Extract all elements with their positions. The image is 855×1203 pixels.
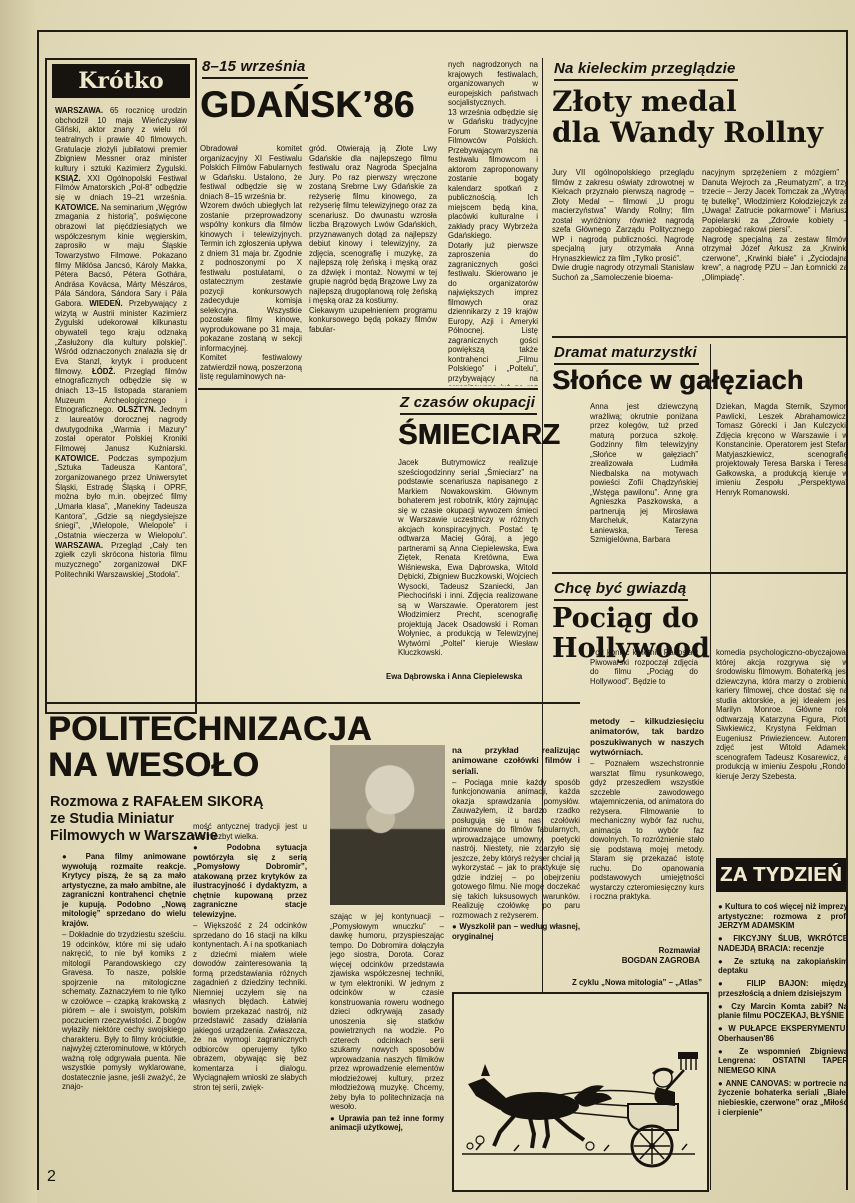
pociag-column-2: komedia psychologiczno-obyczajowa, które…: [716, 648, 848, 848]
krotko-city: WARSZAWA.: [55, 106, 110, 115]
zloty-kicker: Na kieleckim przeglądzie: [554, 60, 738, 81]
za-tydzien-item: ● Ze wspomnień Zbigniewa Lengrena: OSTAT…: [718, 1047, 848, 1076]
interview-question-4: ● Wyszkolił pan – według własnej, orygin…: [452, 922, 580, 941]
slonce-headline: Słońce w gałęziach: [552, 366, 804, 394]
za-tydzien-item: ● Czy Marcin Komta zabił? Na planie film…: [718, 1002, 848, 1021]
zloty-headline: Złoty medal dla Wandy Rollny: [552, 86, 823, 149]
gdansk-column-3: nych nagrodzonych na krajowych festiwala…: [448, 60, 538, 386]
za-tydzien-item: ● W PUŁAPCE EKSPERYMENTU: Oberhausen'86: [718, 1024, 848, 1043]
smieciarz-photo: [198, 452, 390, 700]
cartoon-dust-puffs: [467, 1136, 594, 1150]
interview-question-4-cont: metody – kilkudziesięciu animatorów, tak…: [590, 716, 704, 757]
zloty-column-2: nacyjnym sprzężeniem z mózgiem” i Danuta…: [702, 168, 848, 332]
interview-answer-1-cont: mość antycznej tradycji jest u nas niezb…: [193, 822, 307, 841]
frame-top-rule: [37, 30, 848, 32]
krotko-item-text: Podczas sympozjum „Sztuka Tadeusza Kanto…: [55, 454, 187, 540]
newspaper-page: Krótko WARSZAWA. 65 rocznicę urodzin obc…: [0, 0, 855, 1203]
smieciarz-kicker: Z czasów okupacji: [400, 394, 537, 415]
krotko-city: WARSZAWA.: [55, 541, 111, 550]
krotko-section: Krótko WARSZAWA. 65 rocznicę urodzin obc…: [45, 58, 197, 714]
pociag-column-1: Pod koniec kwietnia Radosław Piwowarski …: [590, 648, 698, 700]
krotko-title: Krótko: [52, 64, 190, 98]
krotko-item-text: Na seminarium „Węgrów zmagania z histori…: [55, 203, 187, 309]
interview-credit: Rozmawiał BOGDAN ZAGROBA: [560, 946, 700, 967]
section-rule-slonce: [552, 336, 848, 338]
interview-headline: POLITECHNIZACJA NA WESOŁO: [48, 712, 372, 783]
page-edge-shade: [0, 0, 37, 1203]
interview-column-5: metody – kilkudziesięciu animatorów, tak…: [590, 716, 704, 944]
krotko-city: WIEDEŃ.: [89, 299, 129, 308]
gdansk-kicker: 8–15 września: [202, 58, 308, 79]
krotko-item-text: 65 rocznicę urodzin obchodził 10 maja Wi…: [55, 106, 187, 173]
smieciarz-body: Jacek Butrymowicz realizuje sześciogodzi…: [398, 458, 538, 668]
interview-question-1: ● Pana filmy animowane wywołują rozmaite…: [62, 852, 186, 928]
cartoon-cart: [628, 1104, 678, 1166]
page-number: 2: [47, 1168, 56, 1186]
interview-answer-2: – Większość z 24 odcinków sprzedano do 1…: [193, 921, 307, 1092]
krotko-text: WARSZAWA. 65 rocznicę urodzin obchodził …: [55, 106, 187, 704]
cartoon-illustration: [454, 994, 703, 1186]
krotko-city: OLSZTYN.: [117, 405, 159, 414]
gdansk-column-2: gród. Otwierają ją Złote Lwy Gdańskie dl…: [309, 144, 437, 386]
za-tydzien-list: ● Kultura to coś więcej niż imprezy arty…: [718, 902, 848, 1190]
pociag-kicker: Chcę być gwiazdą: [554, 580, 688, 601]
za-tydzien-item: ● FIKCYJNY ŚLUB, WKRÓTCE NADEJDĄ BRACIA:…: [718, 934, 848, 953]
interview-question-3: ● Uprawia pan też inne formy animacji uż…: [330, 1114, 444, 1133]
za-tydzien-item: ● Ze sztuką na zakopiańskim deptaku: [718, 957, 848, 976]
interview-column-3: szając w jej kontynuacji – „Pomysłowym w…: [330, 912, 444, 1188]
interview-answer-1: – Dokładnie do trzydziestu sześciu. 19 o…: [62, 930, 186, 1092]
interview-question-2: ● Podobna sytuacja powtórzyła się z seri…: [193, 843, 307, 919]
smieciarz-photo-caption: Ewa Dąbrowska i Anna Ciepielewska: [386, 672, 538, 681]
cartoon-caption: Z cyklu „Nowa mitologia” – „Atlas”: [452, 978, 702, 987]
frame-left-rule: [37, 30, 39, 1190]
slonce-kicker: Dramat maturzystki: [554, 344, 699, 365]
za-tydzien-item: ● ANNE CANOVAS: w portrecie na życzenie …: [718, 1079, 848, 1118]
za-tydzien-title: ZA TYDZIEŃ: [716, 858, 846, 892]
interview-portrait-photo: [330, 745, 445, 905]
interview-answer-3: – Pociąga mnie każdy sposób funkcjonowan…: [452, 778, 580, 921]
krotko-city: KATOWICE.: [55, 454, 108, 463]
zloty-column-1: Jury VII ogólnopolskiego przeglądu filmó…: [552, 168, 694, 332]
cartoon-horse: [468, 1064, 612, 1148]
smieciarz-headline: ŚMIECIARZ: [398, 420, 560, 450]
interview-question-3-cont: na przykład realizując animowane czołówk…: [452, 745, 580, 776]
za-tydzien-item: ● FILIP BAJON: między przeszłością a dni…: [718, 979, 848, 998]
za-tydzien-item: ● Kultura to coś więcej niż imprezy arty…: [718, 902, 848, 931]
slonce-column-1: Anna jest dziewczyną wrażliwą; okrutnie …: [590, 402, 698, 564]
krotko-city: ŁÓDŹ.: [92, 367, 125, 376]
column-rule-right-inner: [710, 344, 711, 1190]
interview-column-1: ● Pana filmy animowane wywołują rozmaite…: [62, 852, 186, 1188]
interview-answer-4: – Poznałem wszechstronnie warsztat filmu…: [590, 759, 704, 902]
interview-column-4: na przykład realizując animowane czołówk…: [452, 745, 580, 977]
interview-answer-2-cont: szając w jej kontynuacji – „Pomysłowym w…: [330, 912, 444, 1112]
cartoon-comb: [678, 1052, 698, 1070]
gdansk-headline: GDAŃSK’86: [200, 86, 414, 125]
interview-column-2: mość antycznej tradycji jest u nas niezb…: [193, 822, 307, 1188]
cartoon-rider: [653, 1069, 684, 1106]
cartoon-box: [452, 992, 709, 1192]
krotko-city: KSIĄŻ.: [55, 174, 87, 183]
section-rule-smieciarz: [198, 388, 538, 390]
krotko-city: KATOWICE.: [55, 203, 101, 212]
slonce-column-2: Dziekan, Magda Sternik, Szymon Pawlicki,…: [716, 402, 848, 564]
krotko-item-text: Przebywający z wizytą w Austrii minister…: [55, 299, 187, 376]
gdansk-column-1: Obradował komitet organizacyjny XI Festi…: [200, 144, 302, 386]
section-rule-pociag: [552, 572, 848, 574]
